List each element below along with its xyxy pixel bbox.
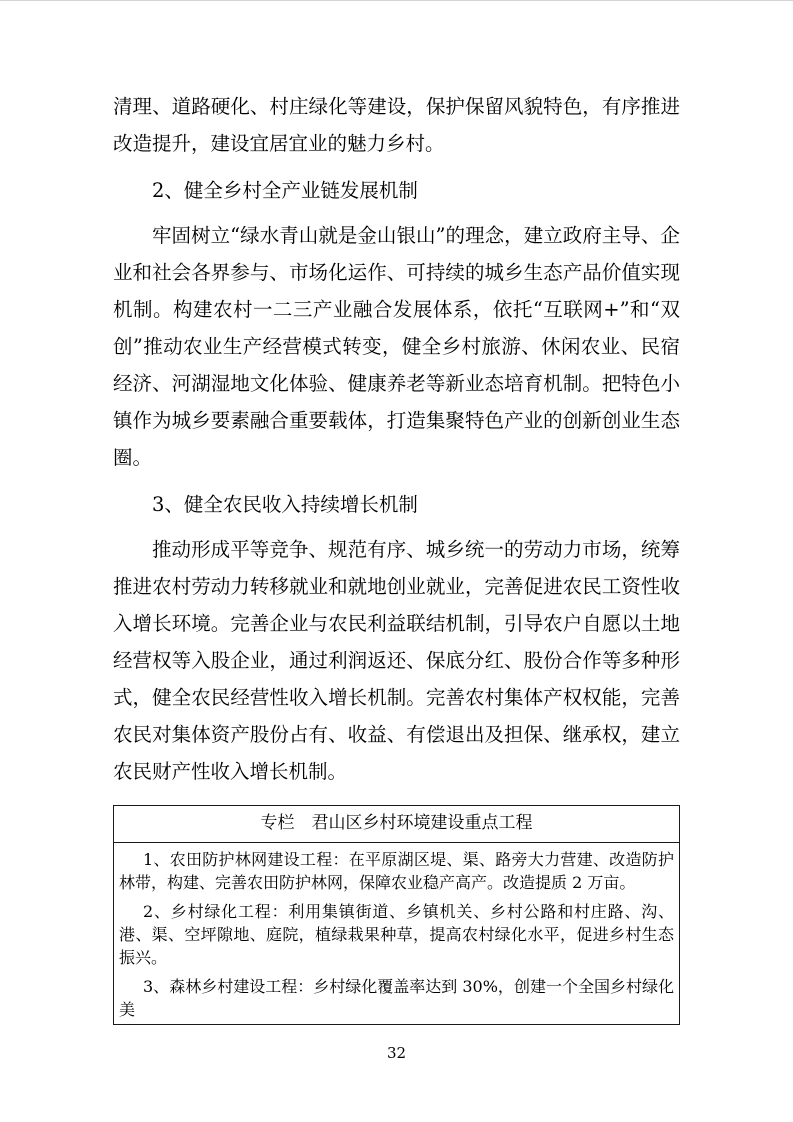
- section-heading-farmer-income: 3、健全农民收入持续增长机制: [113, 486, 680, 523]
- paragraph-village-improvement-continuation: 清理、道路硬化、村庄绿化等建设，保护保留风貌特色，有序推进改造提升，建设宜居宜业…: [113, 88, 680, 162]
- callout-box-body: 1、农田防护林网建设工程：在平原湖区堤、渠、路旁大力营建、改造防护林带，构建、完…: [114, 843, 679, 1024]
- callout-item-village-greening: 2、乡村绿化工程：利用集镇街道、乡镇机关、乡村公路和村庄路、沟、港、渠、空坪隙地…: [119, 900, 674, 969]
- paragraph-industry-chain-mechanism: 牢固树立“绿水青山就是金山银山”的理念，建立政府主导、企业和社会各界参与、市场化…: [113, 217, 680, 476]
- document-page: { "page": { "number": "32" }, "content":…: [0, 0, 793, 1122]
- page-number: 32: [0, 1044, 793, 1062]
- callout-box-title: 专栏 君山区乡村环境建设重点工程: [114, 806, 679, 843]
- callout-box-key-projects: 专栏 君山区乡村环境建设重点工程 1、农田防护林网建设工程：在平原湖区堤、渠、路…: [113, 805, 680, 1025]
- document-body: 清理、道路硬化、村庄绿化等建设，保护保留风貌特色，有序推进改造提升，建设宜居宜业…: [113, 88, 680, 1025]
- section-heading-industry-chain: 2、健全乡村全产业链发展机制: [113, 172, 680, 209]
- page-top-edge: [0, 0, 793, 1]
- paragraph-farmer-income-mechanism: 推动形成平等竞争、规范有序、城乡统一的劳动力市场，统筹推进农村劳动力转移就业和就…: [113, 531, 680, 790]
- callout-item-farmland-shelterbelt: 1、农田防护林网建设工程：在平原湖区堤、渠、路旁大力营建、改造防护林带，构建、完…: [119, 848, 674, 894]
- callout-item-forest-village: 3、森林乡村建设工程：乡村绿化覆盖率达到 30%，创建一个全国乡村绿化美: [119, 975, 674, 1021]
